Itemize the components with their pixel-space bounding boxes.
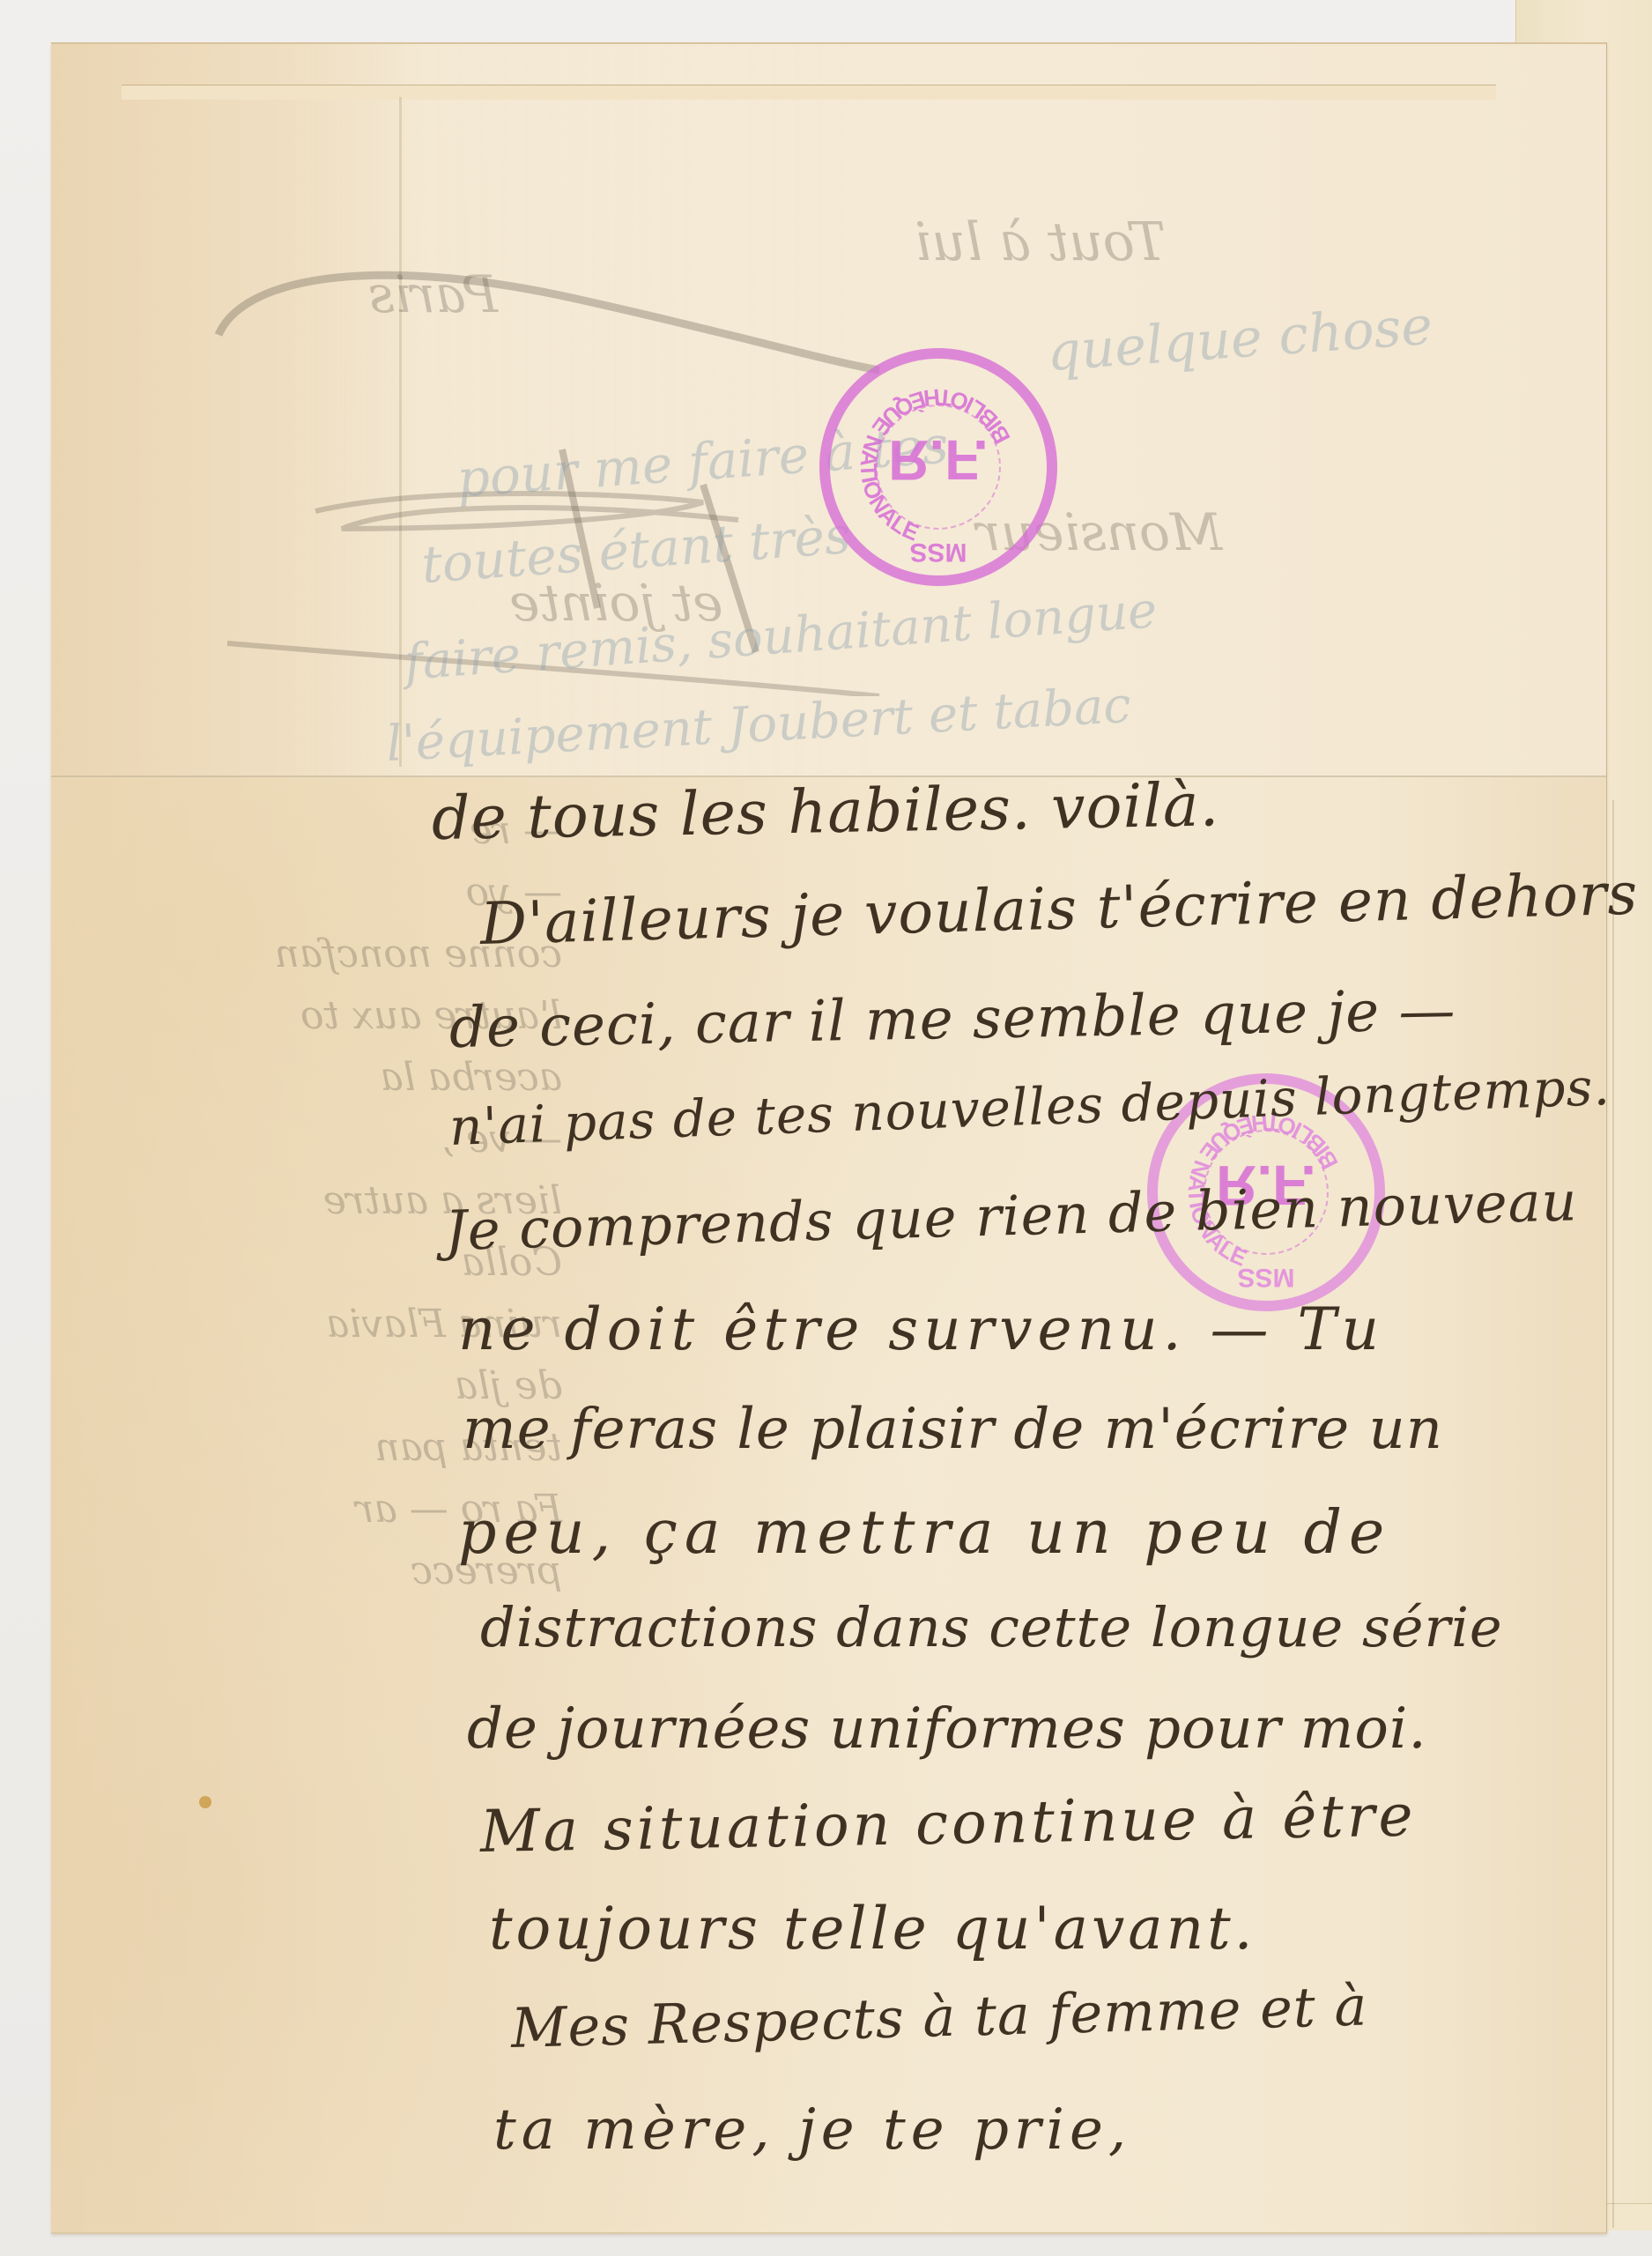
bleed-through-gray: Tout à lui [915,211,1166,273]
letter-line: de tous les habiles. voilà. [431,770,1219,854]
bleed-through-blue: quelque chose [1045,295,1434,383]
letter-line: ta mère, je te prie, [493,2097,1131,2163]
bleed-through-blue: l'équipement Joubert et tabac [385,677,1132,773]
letter-line: me feras le plaisir de m'écrire un [463,1397,1443,1462]
bleed-through-blue: toutes étant très [419,505,852,595]
letter-line: peu, ça mettra un peu de [458,1498,1391,1568]
flap-top-edge [122,85,1496,100]
letter-line: toujours telle qu'avant. [489,1895,1256,1963]
flap-crease [399,97,402,767]
sheet-edge-shadow [1612,800,1614,2228]
stamp-center-text: R.F. [830,427,1047,493]
letter-line: ne doit être survenu. — Tu [458,1295,1384,1363]
folded-flap: Tout à lui Monsieur Paris et jointe quel… [51,42,1606,777]
bleed-through-gray: Paris [368,264,498,324]
library-stamp-top: BIBLIOTHÈQUE NATIONALE MSS R.F. [819,348,1057,586]
svg-text:MSS: MSS [1237,1263,1294,1292]
letter-line: distractions dans cette longue série [480,1595,1503,1659]
bleed-through-blue: faire remis, souhaitant longue [403,582,1159,692]
letter-line: de journées uniformes pour moi. [467,1696,1427,1762]
paper-stain [199,1796,211,1808]
bleed-through-gray: et jointe [509,573,723,633]
svg-text:MSS: MSS [909,538,967,567]
